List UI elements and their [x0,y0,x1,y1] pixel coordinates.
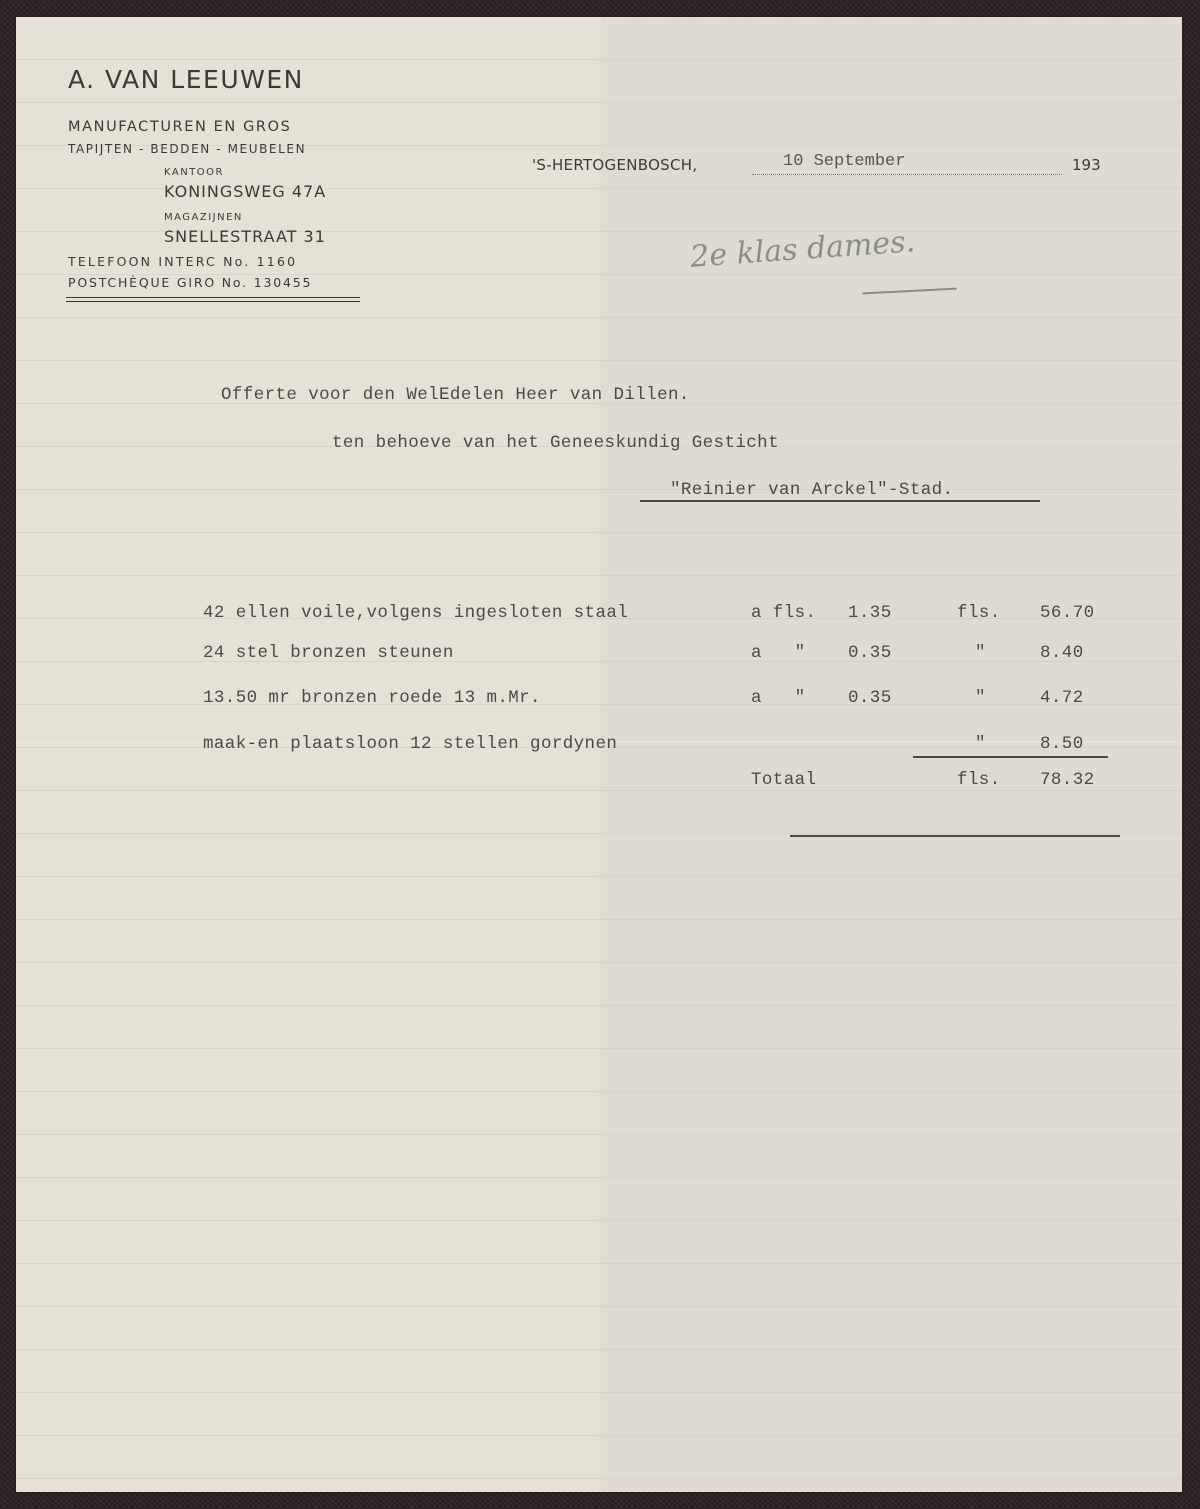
giro-number: POSTCHÈQUE GIRO No. 130455 [68,275,312,290]
total-label: Totaal [751,770,816,790]
dateline-date: 10 September [783,152,905,171]
dateline-year: 193 [1072,156,1101,174]
address-line-3: "Reinier van Arckel"-Stad. [670,480,953,500]
item-amount: 4.72 [1040,688,1084,708]
item-amount: 8.50 [1040,734,1084,754]
address-line-1: Offerte voor den WelEdelen Heer van Dill… [221,385,690,405]
item-price: 0.35 [848,643,892,663]
date-dotted-line [752,174,1062,175]
warehouse-address: SNELLESTRAAT 31 [164,227,326,246]
address-underline [640,500,1040,502]
item-description: 13.50 mr bronzen roede 13 m.Mr. [203,688,541,708]
item-unit: a " [751,688,806,708]
phone-number: TELEFOON INTERC No. 1160 [68,254,297,269]
item-price: 1.35 [848,603,892,623]
item-unit: a fls. [751,603,816,623]
item-price: 0.35 [848,688,892,708]
item-description: 42 ellen voile,volgens ingesloten staal [203,603,628,623]
company-name: A. VAN LEEUWEN [68,65,304,94]
company-subtitle: MANUFACTUREN EN GROS [68,119,291,135]
total-amount: 78.32 [1040,770,1095,790]
warehouse-label: MAGAZIJNEN [164,212,243,223]
item-amount: 56.70 [1040,603,1095,623]
company-products: TAPIJTEN - BEDDEN - MEUBELEN [68,142,306,156]
total-currency: fls. [957,770,1001,790]
item-amount: 8.40 [1040,643,1084,663]
letterhead-rule-top [66,297,360,298]
fold-crease-vertical [599,17,601,1492]
total-rule [790,835,1120,837]
address-line-2: ten behoeve van het Geneeskundig Gestich… [332,433,779,453]
dateline-city: 'S-HERTOGENBOSCH, [532,156,697,174]
subtotal-rule [913,756,1108,758]
office-label: KANTOOR [164,167,224,178]
item-currency: " [975,643,986,663]
item-description: 24 stel bronzen steunen [203,643,454,663]
item-currency: " [975,734,986,754]
office-address: KONINGSWEG 47A [164,182,326,201]
item-currency: " [975,688,986,708]
item-unit: a " [751,643,806,663]
item-currency: fls. [957,603,1001,623]
item-description: maak-en plaatsloon 12 stellen gordynen [203,734,617,754]
letterhead-rule-bottom [66,301,360,302]
